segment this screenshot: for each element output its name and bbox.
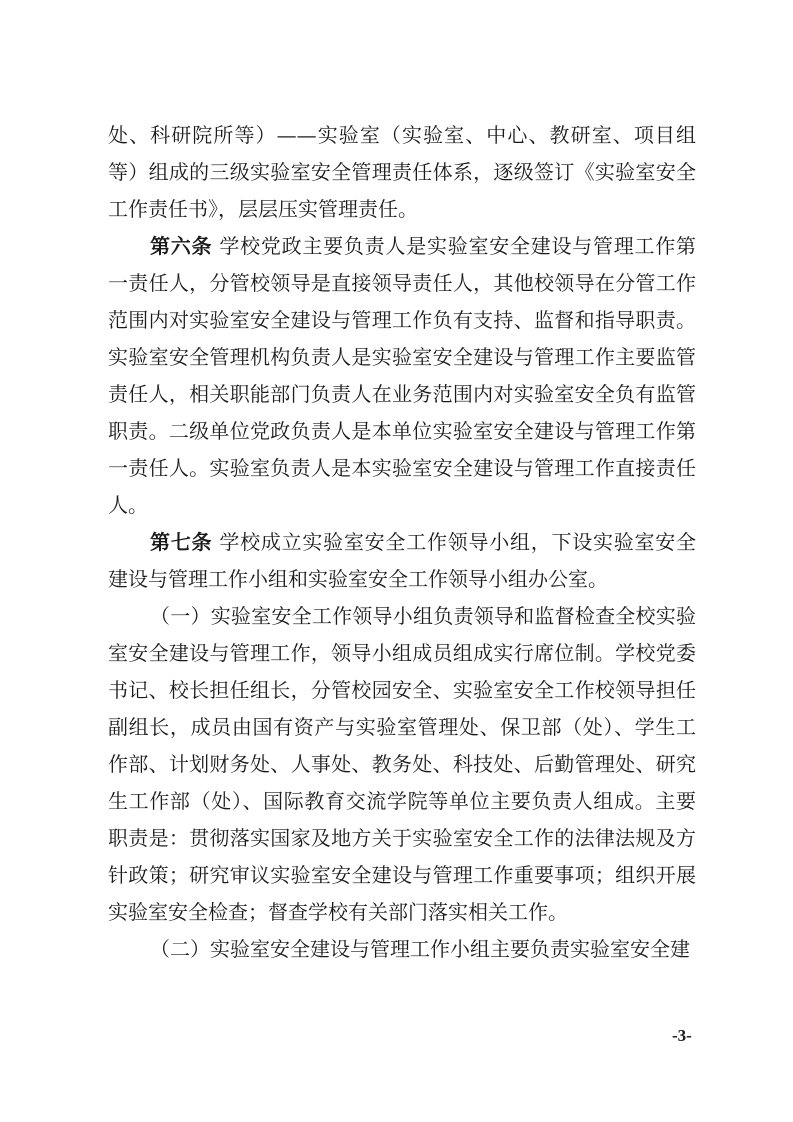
article-number: 第六条: [150, 234, 212, 258]
clause-2-paragraph: （二）实验室安全建设与管理工作小组主要负责实验室安全建: [108, 931, 696, 968]
article-number: 第七条: [150, 530, 212, 554]
paragraph-text: （一）实验室安全工作领导小组负责领导和监督检查全校实验室安全建设与管理工作，领导…: [108, 604, 696, 924]
article-7-paragraph: 第七条 学校成立实验室安全工作领导小组，下设实验室安全建设与管理工作小组和实验室…: [108, 524, 696, 598]
paragraph-continuation: 处、科研院所等）——实验室（实验室、中心、教研室、项目组等）组成的三级实验室安全…: [108, 117, 696, 228]
page-number: -3-: [672, 1026, 692, 1046]
document-body: 处、科研院所等）——实验室（实验室、中心、教研室、项目组等）组成的三级实验室安全…: [108, 117, 696, 968]
paragraph-text: （二）实验室安全建设与管理工作小组主要负责实验室安全建: [150, 937, 690, 961]
clause-1-paragraph: （一）实验室安全工作领导小组负责领导和监督检查全校实验室安全建设与管理工作，领导…: [108, 598, 696, 931]
paragraph-text: 处、科研院所等）——实验室（实验室、中心、教研室、项目组等）组成的三级实验室安全…: [108, 123, 696, 221]
article-6-paragraph: 第六条 学校党政主要负责人是实验室安全建设与管理工作第一责任人，分管校领导是直接…: [108, 228, 696, 524]
paragraph-text: 学校党政主要负责人是实验室安全建设与管理工作第一责任人，分管校领导是直接领导责任…: [108, 234, 696, 517]
